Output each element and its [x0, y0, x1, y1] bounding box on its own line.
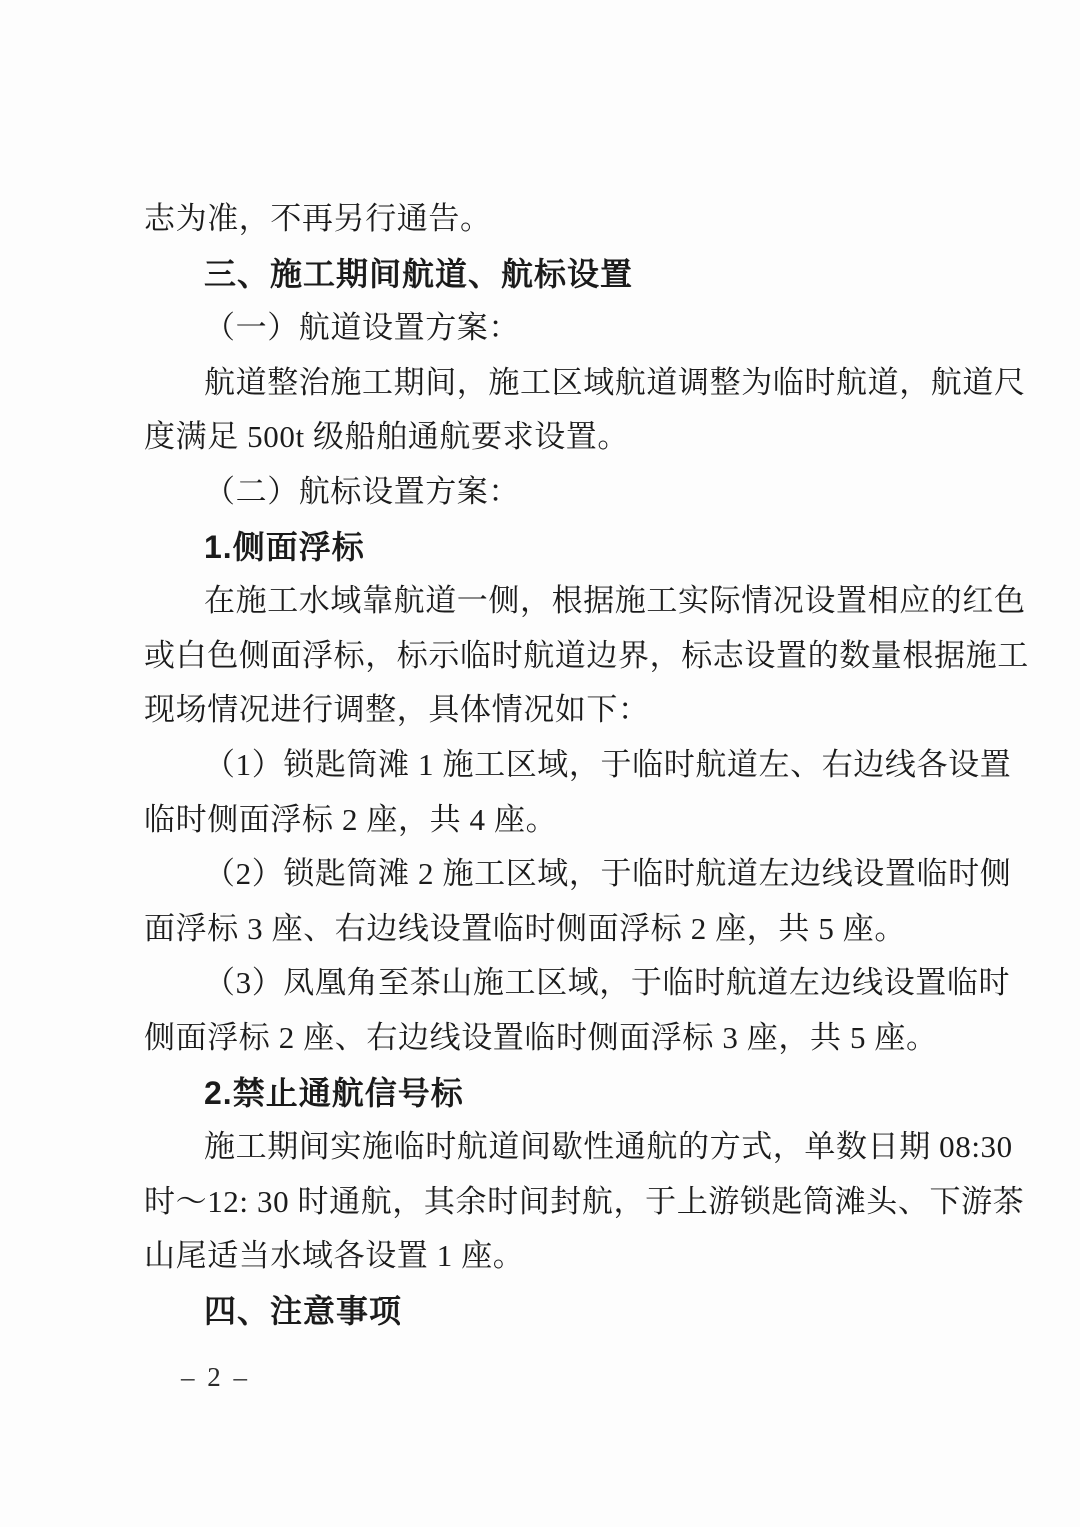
- text-line: 志为准，不再另行通告。: [144, 192, 956, 247]
- text-line: （1）锁匙筒滩 1 施工区域，于临时航道左、右边线各设置: [144, 738, 956, 793]
- heading-line: 2.禁止通航信号标: [144, 1066, 956, 1121]
- text-line: 在施工水域靠航道一侧，根据施工实际情况设置相应的红色: [144, 574, 956, 629]
- document-page: 志为准，不再另行通告。三、施工期间航道、航标设置（一）航道设置方案：航道整治施工…: [0, 0, 1080, 1527]
- text-line: 度满足 500t 级船舶通航要求设置。: [144, 410, 956, 465]
- document-body: 志为准，不再另行通告。三、施工期间航道、航标设置（一）航道设置方案：航道整治施工…: [144, 192, 956, 1338]
- text-line: 施工期间实施临时航道间歇性通航的方式，单数日期 08:30: [144, 1120, 956, 1175]
- text-line: （2）锁匙筒滩 2 施工区域，于临时航道左边线设置临时侧: [144, 847, 956, 902]
- text-line: （一）航道设置方案：: [144, 301, 956, 356]
- text-line: （3）凤凰角至茶山施工区域，于临时航道左边线设置临时: [144, 956, 956, 1011]
- text-line: （二）航标设置方案：: [144, 465, 956, 520]
- heading-line: 1.侧面浮标: [144, 520, 956, 575]
- text-line: 时～12: 30 时通航，其余时间封航，于上游锁匙筒滩头、下游茶: [144, 1175, 956, 1230]
- text-line: 山尾适当水域各设置 1 座。: [144, 1229, 956, 1284]
- page-number: – 2 –: [181, 1362, 250, 1393]
- text-line: 侧面浮标 2 座、右边线设置临时侧面浮标 3 座，共 5 座。: [144, 1011, 956, 1066]
- text-line: 现场情况进行调整，具体情况如下：: [144, 683, 956, 738]
- text-line: 或白色侧面浮标，标示临时航道边界，标志设置的数量根据施工: [144, 629, 956, 684]
- heading-line: 三、施工期间航道、航标设置: [144, 247, 956, 302]
- text-line: 航道整治施工期间，施工区域航道调整为临时航道，航道尺: [144, 356, 956, 411]
- text-line: 临时侧面浮标 2 座，共 4 座。: [144, 793, 956, 848]
- text-line: 面浮标 3 座、右边线设置临时侧面浮标 2 座，共 5 座。: [144, 902, 956, 957]
- heading-line: 四、注意事项: [144, 1284, 956, 1339]
